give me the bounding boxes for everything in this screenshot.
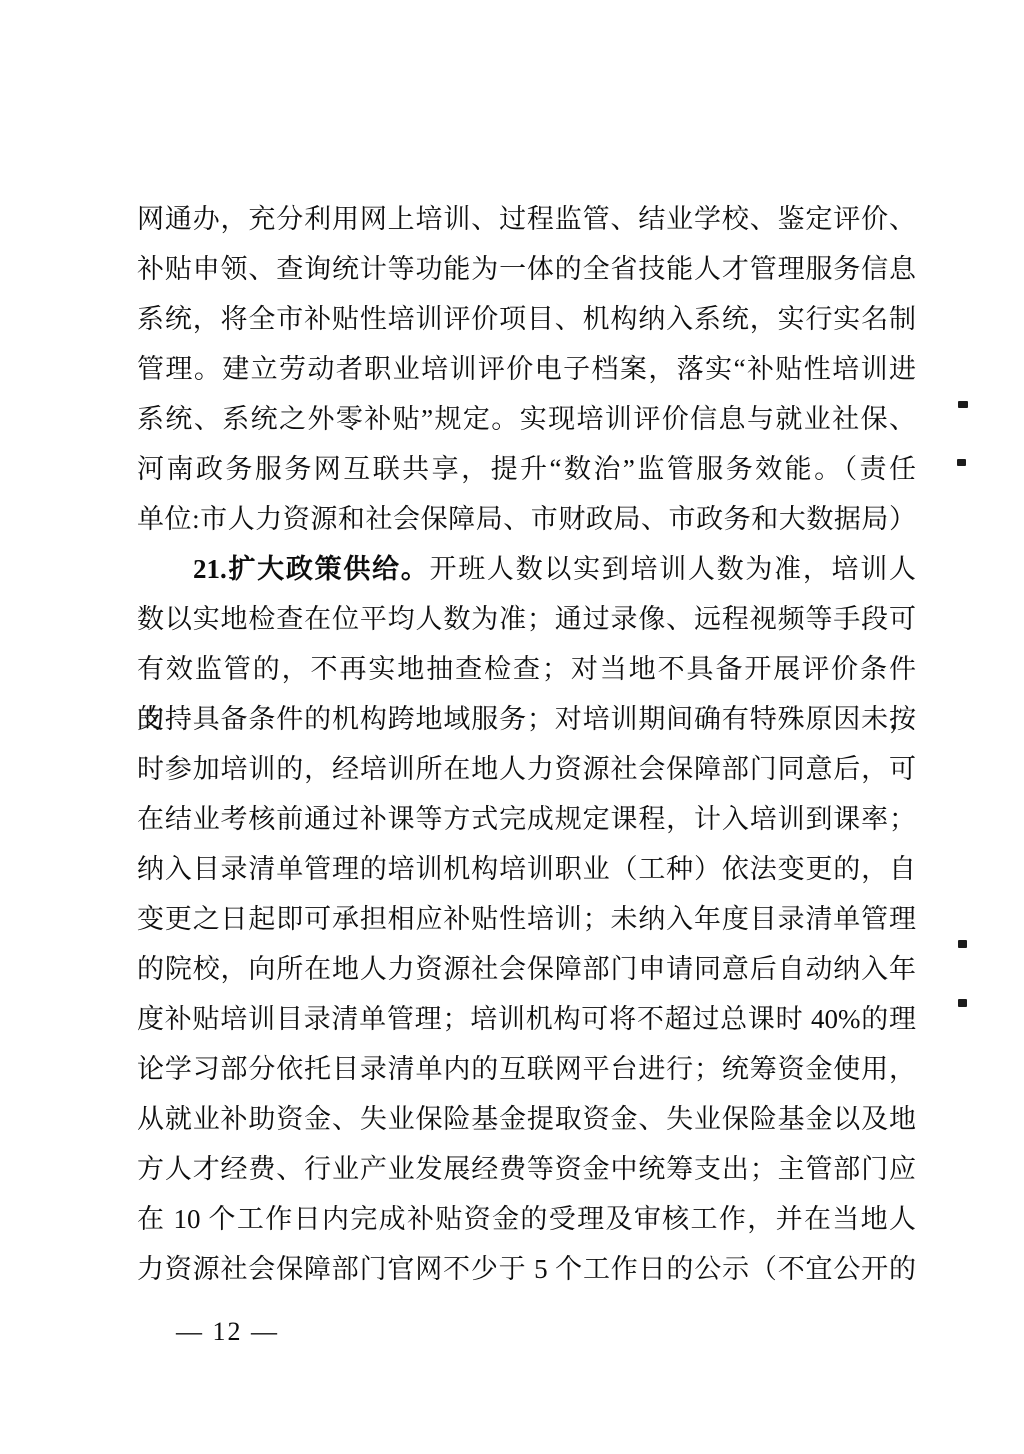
text-line: 数以实地检查在位平均人数为准；通过录像、远程视频等手段可	[137, 594, 916, 644]
line-text: 从就业补助资金、失业保险基金提取资金、失业保险基金以及地	[137, 1104, 916, 1134]
line-text: 支持具备条件的机构跨地域服务；对培训期间确有特殊原因未按	[137, 704, 916, 734]
text-line: 的院校，向所在地人力资源社会保障部门申请同意后自动纳入年	[137, 944, 916, 994]
text-line: 网通办，充分利用网上培训、过程监管、结业学校、鉴定评价、	[137, 194, 916, 244]
section-heading: 21.扩大政策供给。	[193, 554, 430, 584]
text-line: 系统、系统之外零补贴”规定。实现培训评价信息与就业社保、	[137, 394, 916, 444]
text-line: 管理。建立劳动者职业培训评价电子档案，落实“补贴性培训进	[137, 344, 916, 394]
text-line: 力资源社会保障部门官网不少于 5 个工作日的公示（不宜公开的	[137, 1244, 916, 1294]
text-line: 21.扩大政策供给。开班人数以实到培训人数为准，培训人	[137, 544, 916, 594]
line-text: 管理。建立劳动者职业培训评价电子档案，落实“补贴性培训进	[137, 354, 916, 384]
line-text: 单位:市人力资源和社会保障局、市财政局、市政务和大数据局）	[137, 504, 916, 534]
line-text: 纳入目录清单管理的培训机构培训职业（工种）依法变更的，自	[137, 854, 916, 884]
line-text: 的院校，向所在地人力资源社会保障部门申请同意后自动纳入年	[137, 954, 916, 984]
text-line: 系统，将全市补贴性培训评价项目、机构纳入系统，实行实名制	[137, 294, 916, 344]
line-text: 论学习部分依托目录清单内的互联网平台进行；统筹资金使用，	[137, 1054, 916, 1084]
line-text: 数以实地检查在位平均人数为准；通过录像、远程视频等手段可	[137, 604, 916, 634]
text-line: 时参加培训的，经培训所在地人力资源社会保障部门同意后，可	[137, 744, 916, 794]
line-text: 度补贴培训目录清单管理；培训机构可将不超过总课时 40%的理	[137, 1004, 916, 1034]
text-line: 纳入目录清单管理的培训机构培训职业（工种）依法变更的，自	[137, 844, 916, 894]
text-line: 河南政务服务网互联共享，提升“数治”监管服务效能。（责任	[137, 444, 916, 494]
text-line: 论学习部分依托目录清单内的互联网平台进行；统筹资金使用，	[137, 1044, 916, 1094]
text-line: 方人才经费、行业产业发展经费等资金中统筹支出；主管部门应	[137, 1144, 916, 1194]
text-line: 支持具备条件的机构跨地域服务；对培训期间确有特殊原因未按	[137, 694, 916, 744]
line-text: 在结业考核前通过补课等方式完成规定课程，计入培训到课率；	[137, 804, 916, 834]
line-text: 系统、系统之外零补贴”规定。实现培训评价信息与就业社保、	[137, 404, 916, 434]
text-line: 补贴申领、查询统计等功能为一体的全省技能人才管理服务信息	[137, 244, 916, 294]
line-text: 河南政务服务网互联共享，提升“数治”监管服务效能。（责任	[137, 454, 916, 484]
line-text: 系统，将全市补贴性培训评价项目、机构纳入系统，实行实名制	[137, 304, 916, 334]
line-text: 网通办，充分利用网上培训、过程监管、结业学校、鉴定评价、	[137, 204, 916, 234]
text-line: 从就业补助资金、失业保险基金提取资金、失业保险基金以及地	[137, 1094, 916, 1144]
line-text: 开班人数以实到培训人数为准，培训人	[430, 554, 917, 584]
text-line: 在结业考核前通过补课等方式完成规定课程，计入培训到课率；	[137, 794, 916, 844]
ink-speck	[957, 459, 966, 466]
text-line: 变更之日起即可承担相应补贴性培训；未纳入年度目录清单管理	[137, 894, 916, 944]
text-line: 度补贴培训目录清单管理；培训机构可将不超过总课时 40%的理	[137, 994, 916, 1044]
ink-speck	[958, 401, 968, 408]
line-text: 时参加培训的，经培训所在地人力资源社会保障部门同意后，可	[137, 754, 916, 784]
ink-speck	[958, 940, 967, 948]
line-text: 变更之日起即可承担相应补贴性培训；未纳入年度目录清单管理	[137, 904, 916, 934]
line-text: 补贴申领、查询统计等功能为一体的全省技能人才管理服务信息	[137, 254, 916, 284]
ink-speck	[958, 999, 967, 1007]
line-text: 力资源社会保障部门官网不少于 5 个工作日的公示（不宜公开的	[137, 1254, 916, 1284]
page-number: — 12 —	[176, 1316, 279, 1348]
document-page: 网通办，充分利用网上培训、过程监管、结业学校、鉴定评价、 补贴申领、查询统计等功…	[0, 0, 1024, 1454]
text-line: 单位:市人力资源和社会保障局、市财政局、市政务和大数据局）	[137, 494, 916, 544]
text-block: 网通办，充分利用网上培训、过程监管、结业学校、鉴定评价、 补贴申领、查询统计等功…	[137, 194, 916, 1294]
text-line: 有效监管的，不再实地抽查检查；对当地不具备开展评价条件的，	[137, 644, 916, 694]
line-text: 在 10 个工作日内完成补贴资金的受理及审核工作，并在当地人	[137, 1204, 916, 1234]
text-line: 在 10 个工作日内完成补贴资金的受理及审核工作，并在当地人	[137, 1194, 916, 1244]
line-text: 方人才经费、行业产业发展经费等资金中统筹支出；主管部门应	[137, 1154, 916, 1184]
